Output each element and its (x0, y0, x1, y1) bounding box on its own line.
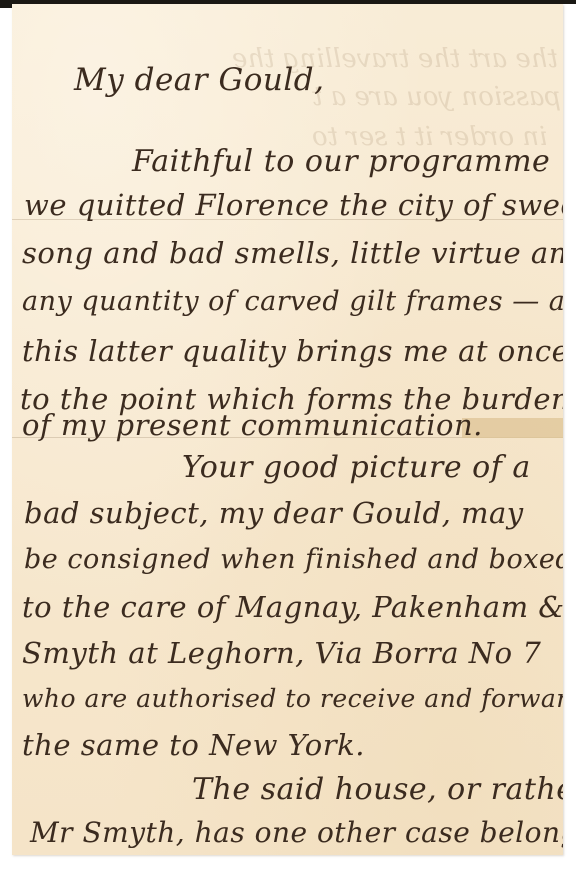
letter-line: Faithful to our programme (132, 144, 550, 179)
letter-line: who are authorised to receive and forwar… (22, 684, 563, 713)
letter-line: we quitted Florence the city of sweet (24, 188, 563, 222)
letter-line: bad subject, my dear Gould, may (24, 496, 524, 530)
letter-line: any quantity of carved gilt frames — and (22, 286, 563, 317)
letter-line: song and bad smells, little virtue and (22, 236, 563, 270)
letter-page: & the t lick the art the travelling the … (12, 4, 563, 855)
letter-line: the same to New York. (22, 728, 365, 762)
letter-line: to the care of Magnay, Pakenham & (22, 590, 563, 624)
letter-line: Mr Smyth, has one other case belonging (30, 816, 563, 849)
letter-line: be consigned when finished and boxed (24, 544, 563, 575)
letter-line: of my present communication. (22, 408, 483, 442)
letter-line: this latter quality brings me at once (22, 334, 563, 368)
letter-line: The said house, or rather (192, 772, 563, 807)
letter-line: Smyth at Leghorn, Via Borra No 7 (22, 636, 541, 670)
scan-corner (0, 0, 12, 8)
bleed-through-text: passion you are a t (312, 82, 561, 112)
letter-line: Your good picture of a (182, 450, 531, 485)
salutation: My dear Gould, (74, 62, 324, 98)
